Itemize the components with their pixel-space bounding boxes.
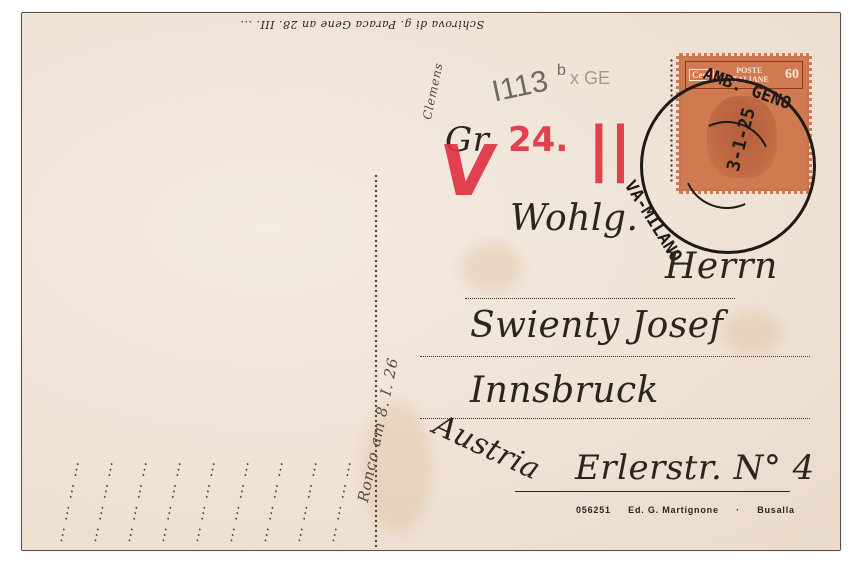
imprint-number: 056251 bbox=[576, 505, 611, 515]
address-street: Erlerstr. N° 4 bbox=[575, 448, 815, 488]
stamp-value: 60 bbox=[785, 67, 799, 83]
imprint-city: Busalla bbox=[757, 505, 795, 515]
imprint-separator: · bbox=[736, 505, 740, 515]
stamp-title-line1: POSTE bbox=[736, 66, 762, 75]
center-divider bbox=[373, 174, 379, 549]
address-line-4 bbox=[515, 491, 790, 492]
top-edge-note: Schirova di g. Paraca Gene an 28. III. .… bbox=[240, 18, 484, 31]
imprint-publisher: Ed. G. Martignone bbox=[628, 505, 719, 515]
address-line-3 bbox=[420, 418, 810, 419]
postmark: AMB. GENO VA-MILANO 3-1-25 bbox=[640, 78, 816, 254]
red-crayon-number: 24. bbox=[508, 120, 568, 160]
red-check-mark: V bbox=[434, 130, 500, 212]
address-line-1 bbox=[465, 298, 735, 299]
stain bbox=[462, 243, 522, 293]
address-city: Innsbruck bbox=[470, 370, 659, 411]
faint-pencil-note: x GE bbox=[570, 68, 610, 89]
catalog-superscript: b bbox=[557, 62, 566, 80]
address-line-2 bbox=[420, 356, 810, 357]
address-name: Swienty Josef bbox=[470, 305, 723, 346]
address-salutation: Wohlg. bbox=[510, 198, 638, 239]
stain bbox=[722, 313, 782, 353]
address-title: Herrn bbox=[665, 246, 778, 287]
publisher-imprint: 056251 Ed. G. Martignone · Busalla bbox=[576, 505, 809, 515]
